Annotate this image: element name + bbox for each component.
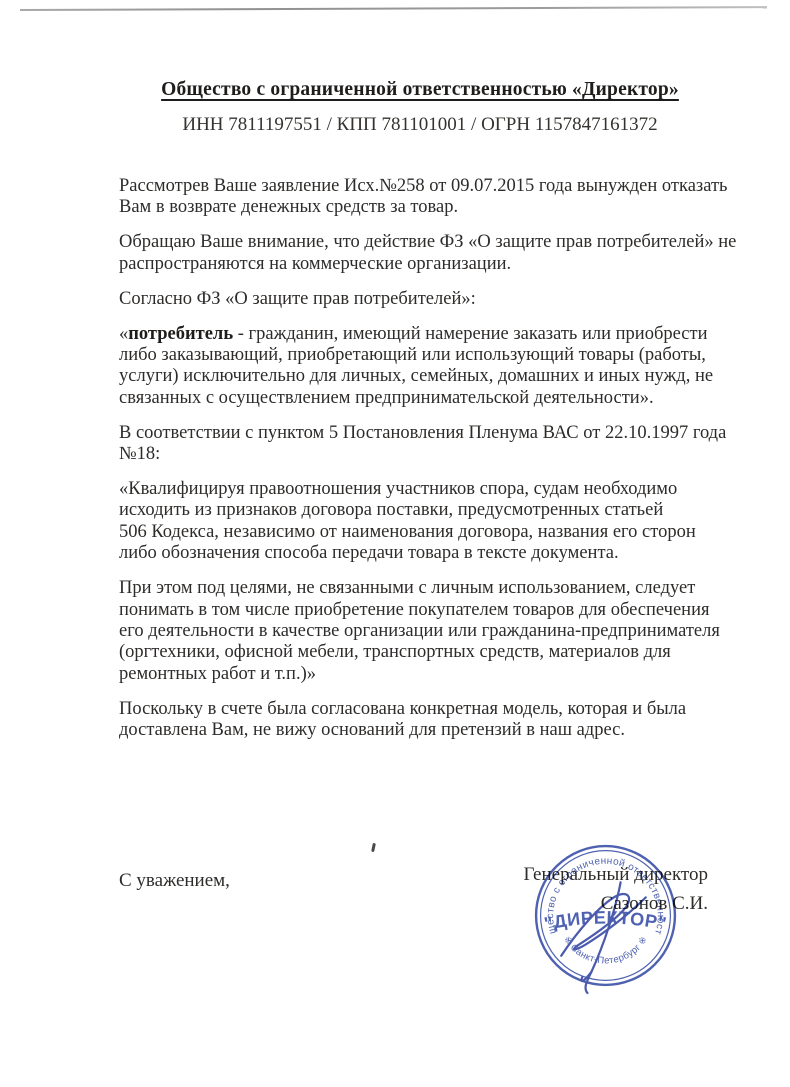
- company-stamp-icon: Общество с ограниченной ответственностью…: [525, 835, 686, 996]
- quote-open: «: [119, 324, 128, 344]
- paragraph-consumer-definition: «потребитель - гражданин, имеющий намере…: [119, 324, 741, 410]
- stamp-center-text: "ДИРЕКТОР": [543, 907, 669, 933]
- paragraph-conclusion: Поскольку в счете была согласована конкр…: [119, 699, 741, 742]
- scan-speck: [371, 843, 376, 852]
- paragraph-plenum-quote: «Квалифицируя правоотношения участников …: [119, 479, 741, 565]
- letter-body: Рассмотрев Ваше заявление Исх.№258 от 09…: [119, 176, 741, 755]
- letterhead: Общество с ограниченной ответственностью…: [120, 79, 720, 136]
- paragraph-refusal: Рассмотрев Ваше заявление Исх.№258 от 09…: [119, 176, 741, 219]
- company-name: Общество с ограниченной ответственностью…: [120, 79, 720, 101]
- scanned-letter-page: Общество с ограниченной ответственностью…: [0, 0, 790, 1087]
- company-requisites: ИНН 7811197551 / КПП 781101001 / ОГРН 11…: [120, 114, 720, 136]
- closing-salutation: С уважением,: [119, 870, 230, 892]
- consumer-term: потребитель: [128, 324, 233, 344]
- paragraph-purpose-clarification: При этом под целями, не связанными с лич…: [119, 578, 741, 685]
- scan-artifact-line: [20, 6, 767, 10]
- paragraph-law-intro: Согласно ФЗ «О защите прав потребителей»…: [119, 289, 741, 310]
- paragraph-notice: Обращаю Ваше внимание, что действие ФЗ «…: [119, 232, 741, 275]
- paragraph-plenum-reference: В соответствии с пунктом 5 Постановления…: [119, 423, 741, 466]
